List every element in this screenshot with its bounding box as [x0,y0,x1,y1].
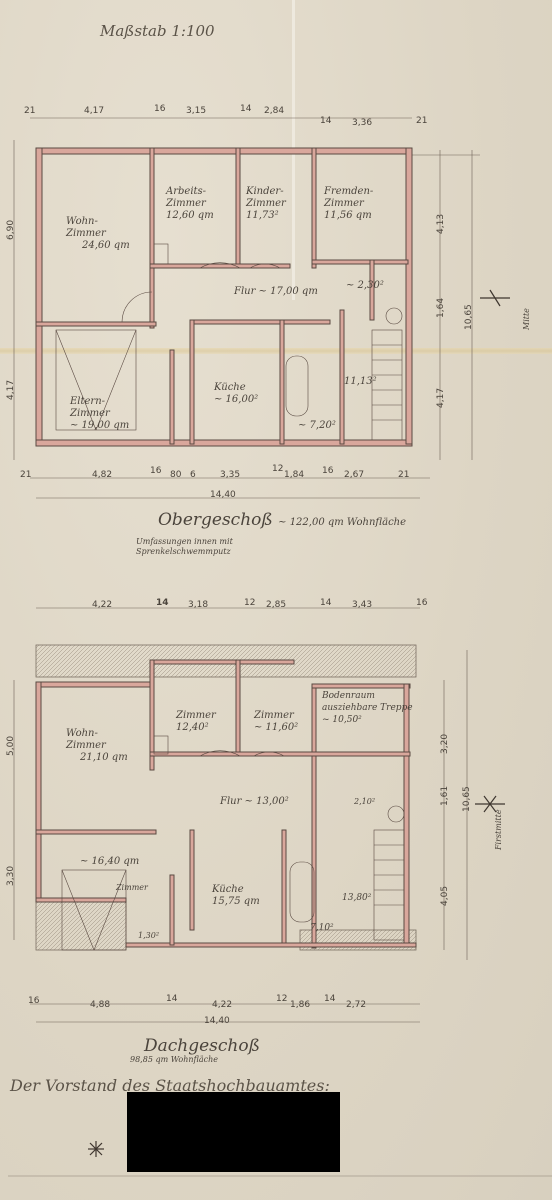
attic-room-kueche: Küche 15,75 qm [212,884,260,908]
attic-floor-title: Dachgeschoß [144,1036,260,1056]
attic-dim-right-1: 1,61 [440,786,450,806]
upper-room-wohnzimmer: Wohn- Zimmer 24,60 qm [66,216,130,252]
upper-room-fremdenzimmer: Fremden- Zimmer 11,56 qm [324,186,373,222]
upper-room-bad: ~ 7,20² [298,420,336,432]
upper-room-flur: Flur ~ 17,00 qm [234,286,318,298]
upper-dim-top-4: 14 [240,104,251,114]
attic-dim-bottom-7: 2,72 [346,1000,366,1010]
attic-dim-bottom-4: 12 [276,994,287,1004]
attic-section-mark: Firstmitte [494,809,503,850]
upper-room-treppe: 11,13² [344,376,377,388]
attic-dim-right-3: 4,05 [440,886,450,906]
attic-room-zimmer-3-label: Zimmer [116,882,148,894]
attic-total-width: 14,40 [204,1016,230,1026]
upper-room-kinderzimmer: Kinder- Zimmer 11,73² [246,186,286,222]
upper-dim-bottom-4: 6 [190,470,196,480]
upper-dim-left-1: 6,90 [6,220,16,240]
attic-dim-top-5: 14 [320,598,331,608]
upper-room-kueche: Küche ~ 16,00² [214,382,258,406]
attic-room-zimmer-2: Zimmer ~ 11,60² [254,710,298,734]
upper-dim-top-2: 16 [154,104,165,114]
upper-remark-1: Umfassungen innen mit [136,537,233,546]
upper-dim-bottom-7: 1,84 [284,470,304,480]
attic-dim-bottom-5: 1,86 [290,1000,310,1010]
upper-room-wc: ~ 2,30² [346,280,384,292]
attic-dim-top-6: 3,43 [352,600,372,610]
attic-dim-bottom-2: 14 [166,994,177,1004]
attic-room-zimmer-3: ~ 16,40 qm [80,856,139,868]
upper-dim-top-1: 4,17 [84,106,104,116]
upper-dim-top-6: 14 [320,116,331,126]
upper-dim-right-3: 1,64 [436,298,446,318]
attic-dim-top-1: 14 [156,598,169,608]
attic-room-zimmer-1: Zimmer 12,40² [176,710,216,734]
upper-total-width: 14,40 [210,490,236,500]
attic-area-note: 98,85 qm Wohnfläche [130,1055,218,1064]
attic-dim-bottom-1: 4,88 [90,1000,110,1010]
attic-room-wc: 2,10² [354,796,375,808]
upper-dim-top-7: 3,36 [352,118,372,128]
upper-dim-bottom-0: 21 [20,470,31,480]
upper-dim-left-2: 4,17 [6,380,16,400]
upper-dim-bottom-10: 21 [398,470,409,480]
attic-dim-left-0: 5,00 [6,736,16,756]
upper-room-elternzimmer: Eltern- Zimmer ~ 19,00 qm [70,396,129,432]
upper-dim-top-0: 21 [24,106,35,116]
attic-dim-top-3: 12 [244,598,255,608]
upper-dim-top-8: 21 [416,116,427,126]
upper-dim-top-5: 2,84 [264,106,284,116]
upper-dim-top-3: 3,15 [186,106,206,116]
upper-room-arbeitszimmer: Arbeits- Zimmer 12,60 qm [166,186,214,222]
upper-dim-right-5: 4,17 [436,388,446,408]
attic-dim-top-7: 16 [416,598,427,608]
upper-floor-title: Obergeschoß ~ 122,00 qm Wohnfläche [158,510,406,530]
upper-dim-bottom-3: 80 [170,470,181,480]
attic-dim-top-4: 2,85 [266,600,286,610]
attic-dim-left-1: 3,30 [6,866,16,886]
upper-dim-right-1: 4,13 [436,214,446,234]
upper-section-mark: Mitte [522,308,531,330]
attic-dim-bottom-6: 14 [324,994,335,1004]
attic-room-wohnzimmer: Wohn- Zimmer 21,10 qm [66,728,128,764]
upper-remark-2: Sprenkelschwemmputz [136,547,231,556]
attic-dim-top-2: 3,18 [188,600,208,610]
upper-dim-bottom-6: 12 [272,464,283,474]
upper-dim-bottom-5: 3,35 [220,470,240,480]
attic-room-bad: 7,10² [310,922,334,934]
upper-overall-depth: 10,65 [464,304,474,330]
upper-dim-bottom-9: 2,67 [344,470,364,480]
attic-room-abstell: 1,30² [138,930,159,942]
attic-dim-bottom-0: 16 [28,996,39,1006]
upper-dim-bottom-8: 16 [322,466,333,476]
redacted-signature-block [127,1092,340,1172]
attic-room-flur: Flur ~ 13,00² [220,796,289,808]
attic-dim-top-0: 4,22 [92,600,112,610]
attic-dim-bottom-3: 4,22 [212,1000,232,1010]
attic-dim-right-0: 3,20 [440,734,450,754]
attic-overall-depth: 10,65 [462,786,472,812]
attic-room-bodenraum: Bodenraum ausziehbare Treppe ~ 10,50² [322,690,413,726]
upper-dim-bottom-1: 4,82 [92,470,112,480]
upper-dim-bottom-2: 16 [150,466,161,476]
attic-room-treppe: 13,80² [342,892,371,904]
